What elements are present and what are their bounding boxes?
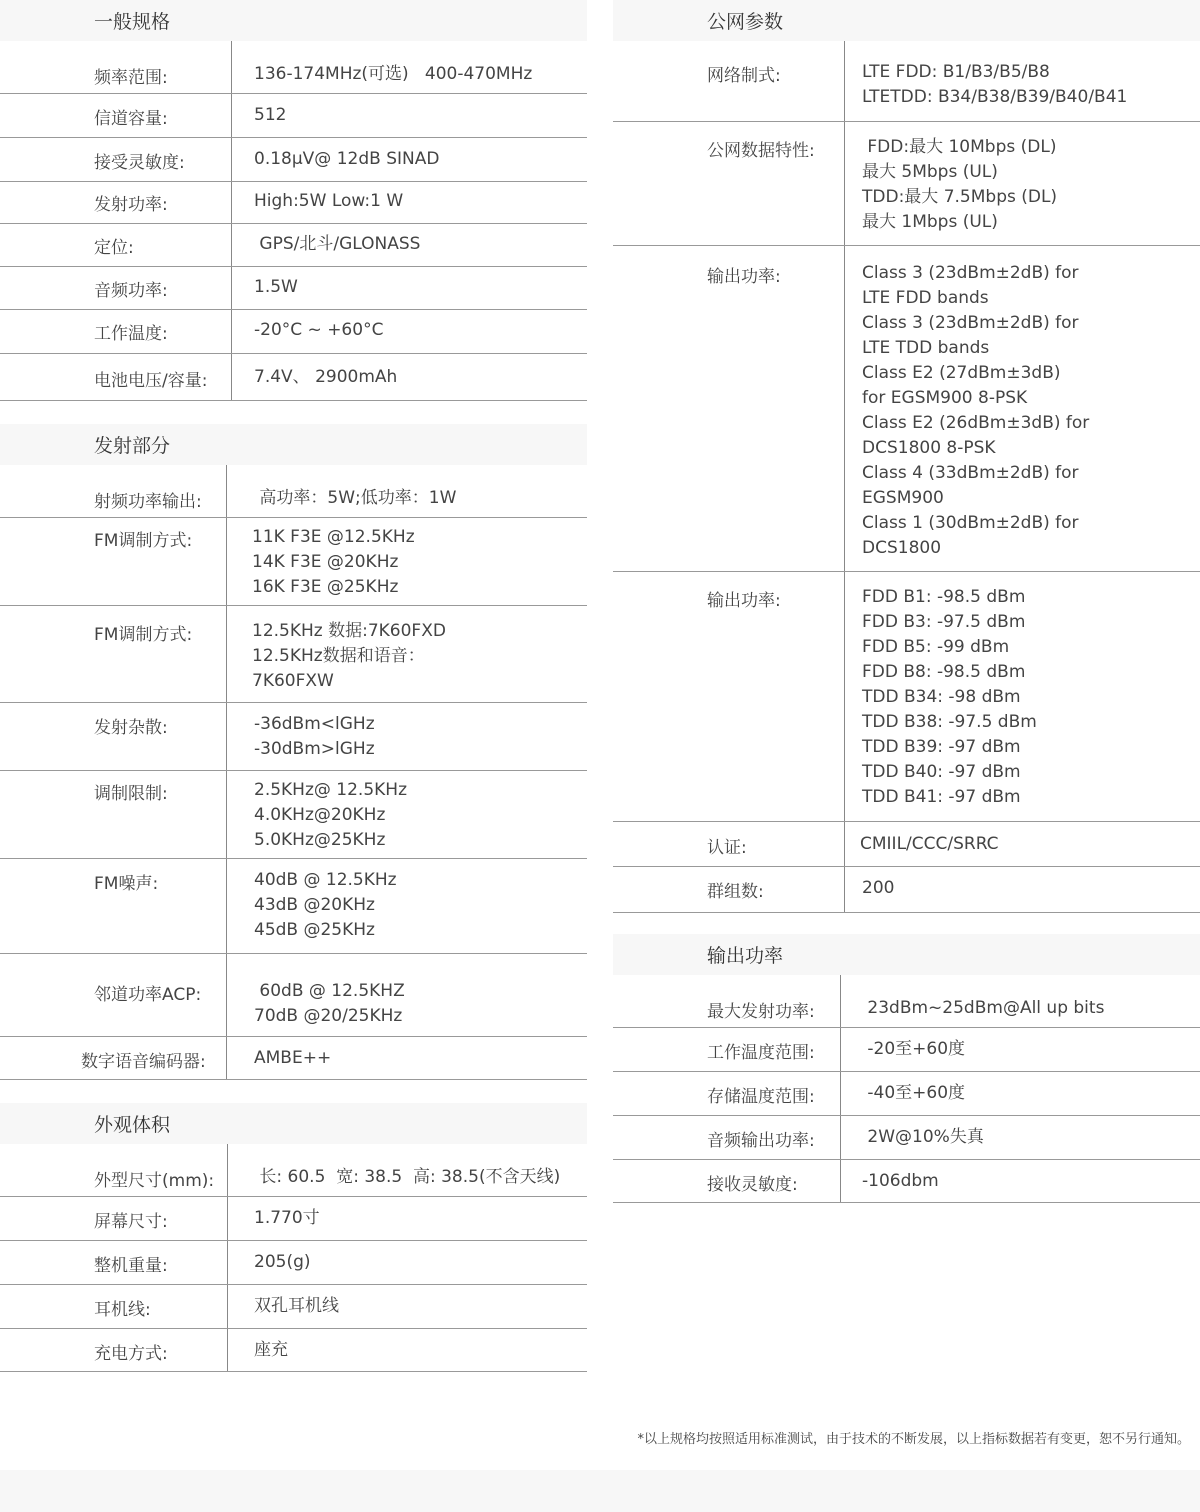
spec-label: 电池电压/容量: — [94, 366, 207, 391]
spec-row: FM噪声:40dB @ 12.5KHz 43dB @20KHz 45dB @25… — [0, 859, 587, 954]
section-appearance: 外观体积 外型尺寸(mm): 长: 60.5 宽: 38.5 高: 38.5(不… — [0, 1103, 587, 1372]
spec-value: 长: 60.5 宽: 38.5 高: 38.5(不含天线) — [254, 1165, 560, 1190]
section-general-specs: 一般规格 频率范围:136-174MHz(可选) 400-470MHz 信道容量… — [0, 0, 587, 401]
spec-label: 公网数据特性: — [707, 136, 815, 161]
spec-label: FM调制方式: — [94, 526, 192, 551]
spec-value: -106dbm — [862, 1169, 939, 1194]
spec-row: 数字语音编码器:AMBE++ — [0, 1037, 587, 1080]
spec-row: FM调制方式:11K F3E @12.5KHz 14K F3E @20KHz 1… — [0, 518, 587, 606]
spec-row: 外型尺寸(mm): 长: 60.5 宽: 38.5 高: 38.5(不含天线) — [0, 1144, 587, 1197]
spec-value: -40至+60度 — [862, 1081, 965, 1106]
spec-row: 群组数:200 — [613, 867, 1200, 913]
spec-value: FDD:最大 10Mbps (DL) 最大 5Mbps (UL) TDD:最大 … — [862, 135, 1057, 235]
spec-row: 工作温度:-20°C ~ +60°C — [0, 310, 587, 354]
spec-label: 充电方式: — [94, 1339, 168, 1364]
section-header: 外观体积 — [0, 1103, 587, 1144]
spec-label: 外型尺寸(mm): — [94, 1166, 214, 1191]
spec-label: 认证: — [707, 833, 747, 858]
spec-label: 输出功率: — [707, 586, 781, 611]
spec-value: LTE FDD: B1/B3/B5/B8 LTETDD: B34/B38/B39… — [862, 60, 1127, 110]
spec-row: 发射功率:High:5W Low:1 W — [0, 182, 587, 224]
spec-label: 调制限制: — [94, 779, 168, 804]
spec-label: 音频输出功率: — [707, 1126, 815, 1151]
spec-row: 频率范围:136-174MHz(可选) 400-470MHz — [0, 41, 587, 94]
spec-label: 频率范围: — [94, 63, 168, 88]
spec-value: 高功率：5W;低功率：1W — [254, 486, 456, 511]
spec-value: 200 — [862, 876, 894, 901]
spec-value: 2W@10%失真 — [862, 1125, 984, 1150]
spec-value: 2.5KHz@ 12.5KHz 4.0KHz@20KHz 5.0KHz@25KH… — [254, 778, 407, 853]
spec-value: 23dBm~25dBm@All up bits — [862, 996, 1104, 1021]
spec-value: -20°C ~ +60°C — [254, 318, 383, 343]
spec-value: 136-174MHz(可选) 400-470MHz — [254, 62, 532, 87]
spec-value: 11K F3E @12.5KHz 14K F3E @20KHz 16K F3E … — [252, 525, 415, 600]
section-title: 外观体积 — [94, 1110, 170, 1137]
spec-value: 60dB @ 12.5KHZ 70dB @20/25KHz — [254, 979, 405, 1029]
spec-row: 输出功率:Class 3 (23dBm±2dB) for LTE FDD ban… — [613, 246, 1200, 572]
spec-row: 整机重量:205(g) — [0, 1241, 587, 1285]
spec-row: 存储温度范围: -40至+60度 — [613, 1072, 1200, 1116]
spec-label: 音频功率: — [94, 276, 168, 301]
spec-row: 耳机线:双孔耳机线 — [0, 1285, 587, 1329]
spec-value: 双孔耳机线 — [254, 1294, 339, 1319]
spec-value: High:5W Low:1 W — [254, 189, 403, 214]
spec-row: 屏幕尺寸:1.770寸 — [0, 1197, 587, 1241]
spec-label: 发射功率: — [94, 190, 168, 215]
spec-row: 射频功率输出: 高功率：5W;低功率：1W — [0, 465, 587, 518]
spec-row: FM调制方式:12.5KHz 数据:7K60FXD 12.5KHz数据和语音： … — [0, 606, 587, 703]
section-header: 一般规格 — [0, 0, 587, 41]
spec-label: 接收灵敏度: — [707, 1170, 798, 1195]
spec-row: 调制限制:2.5KHz@ 12.5KHz 4.0KHz@20KHz 5.0KHz… — [0, 771, 587, 859]
spec-value: -36dBm<lGHz -30dBm>lGHz — [254, 712, 375, 762]
spec-value: 0.18μV@ 12dB SINAD — [254, 147, 439, 172]
spec-value: 12.5KHz 数据:7K60FXD 12.5KHz数据和语音： 7K60FXW — [252, 619, 446, 694]
spec-label: 邻道功率ACP: — [94, 980, 201, 1005]
disclaimer-footnote: *以上规格均按照适用标准测试，由于技术的不断发展，以上指标数据若有变更，恕不另行… — [637, 1428, 1190, 1447]
spec-row: 发射杂散:-36dBm<lGHz -30dBm>lGHz — [0, 703, 587, 771]
spec-row: 音频功率:1.5W — [0, 267, 587, 310]
spec-label: 发射杂散: — [94, 713, 168, 738]
spec-label: 最大发射功率: — [707, 997, 815, 1022]
spec-label: 屏幕尺寸: — [94, 1207, 168, 1232]
spec-row: 公网数据特性: FDD:最大 10Mbps (DL) 最大 5Mbps (UL)… — [613, 122, 1200, 246]
spec-row: 定位: GPS/北斗/GLONASS — [0, 224, 587, 267]
spec-label: 数字语音编码器: — [81, 1047, 206, 1072]
spec-label: 接受灵敏度: — [94, 148, 185, 173]
spec-label: 网络制式: — [707, 61, 781, 86]
spec-label: 存储温度范围: — [707, 1082, 815, 1107]
spec-label: 整机重量: — [94, 1251, 168, 1276]
spec-value: 205(g) — [254, 1250, 311, 1275]
section-title: 发射部分 — [94, 431, 170, 458]
spec-row: 电池电压/容量:7.4V、 2900mAh — [0, 354, 587, 401]
spec-label: 输出功率: — [707, 262, 781, 287]
spec-label: 群组数: — [707, 877, 764, 902]
spec-value: 座充 — [254, 1338, 288, 1363]
section-title: 输出功率 — [707, 941, 783, 968]
spec-row: 接收灵敏度:-106dbm — [613, 1160, 1200, 1203]
spec-value: -20至+60度 — [862, 1037, 965, 1062]
spec-label: 信道容量: — [94, 104, 168, 129]
spec-row: 充电方式:座充 — [0, 1329, 587, 1372]
spec-row: 工作温度范围: -20至+60度 — [613, 1028, 1200, 1072]
bottom-band — [0, 1470, 1200, 1512]
spec-value: 512 — [254, 103, 286, 128]
section-header: 公网参数 — [613, 0, 1200, 41]
section-title: 公网参数 — [707, 7, 783, 34]
section-header: 输出功率 — [613, 934, 1200, 975]
spec-row: 信道容量:512 — [0, 94, 587, 138]
section-header: 发射部分 — [0, 424, 587, 465]
section-transmit: 发射部分 射频功率输出: 高功率：5W;低功率：1W FM调制方式:11K F3… — [0, 424, 587, 1080]
spec-label: 工作温度: — [94, 319, 168, 344]
spec-value: CMIIL/CCC/SRRC — [860, 832, 999, 857]
section-output-power: 输出功率 最大发射功率: 23dBm~25dBm@All up bits 工作温… — [613, 934, 1200, 1203]
spec-label: 射频功率输出: — [94, 487, 202, 512]
spec-value: 1.770寸 — [254, 1206, 320, 1231]
spec-row: 音频输出功率: 2W@10%失真 — [613, 1116, 1200, 1160]
spec-value: Class 3 (23dBm±2dB) for LTE FDD bands Cl… — [862, 261, 1089, 561]
section-title: 一般规格 — [94, 7, 170, 34]
spec-value: FDD B1: -98.5 dBm FDD B3: -97.5 dBm FDD … — [862, 585, 1037, 810]
spec-row: 接受灵敏度:0.18μV@ 12dB SINAD — [0, 138, 587, 182]
spec-label: FM噪声: — [94, 869, 158, 894]
spec-row: 输出功率:FDD B1: -98.5 dBm FDD B3: -97.5 dBm… — [613, 572, 1200, 822]
spec-value: 1.5W — [254, 275, 298, 300]
spec-label: 定位: — [94, 233, 134, 258]
spec-label: FM调制方式: — [94, 620, 192, 645]
spec-value: 40dB @ 12.5KHz 43dB @20KHz 45dB @25KHz — [254, 868, 397, 943]
section-public-network: 公网参数 网络制式:LTE FDD: B1/B3/B5/B8 LTETDD: B… — [613, 0, 1200, 913]
spec-row: 最大发射功率: 23dBm~25dBm@All up bits — [613, 975, 1200, 1028]
spec-value: GPS/北斗/GLONASS — [254, 232, 420, 257]
spec-value: AMBE++ — [254, 1046, 331, 1071]
spec-row: 网络制式:LTE FDD: B1/B3/B5/B8 LTETDD: B34/B3… — [613, 41, 1200, 122]
spec-label: 耳机线: — [94, 1295, 151, 1320]
spec-value: 7.4V、 2900mAh — [254, 365, 397, 390]
spec-label: 工作温度范围: — [707, 1038, 815, 1063]
spec-row: 认证:CMIIL/CCC/SRRC — [613, 822, 1200, 867]
spec-row: 邻道功率ACP: 60dB @ 12.5KHZ 70dB @20/25KHz — [0, 954, 587, 1037]
